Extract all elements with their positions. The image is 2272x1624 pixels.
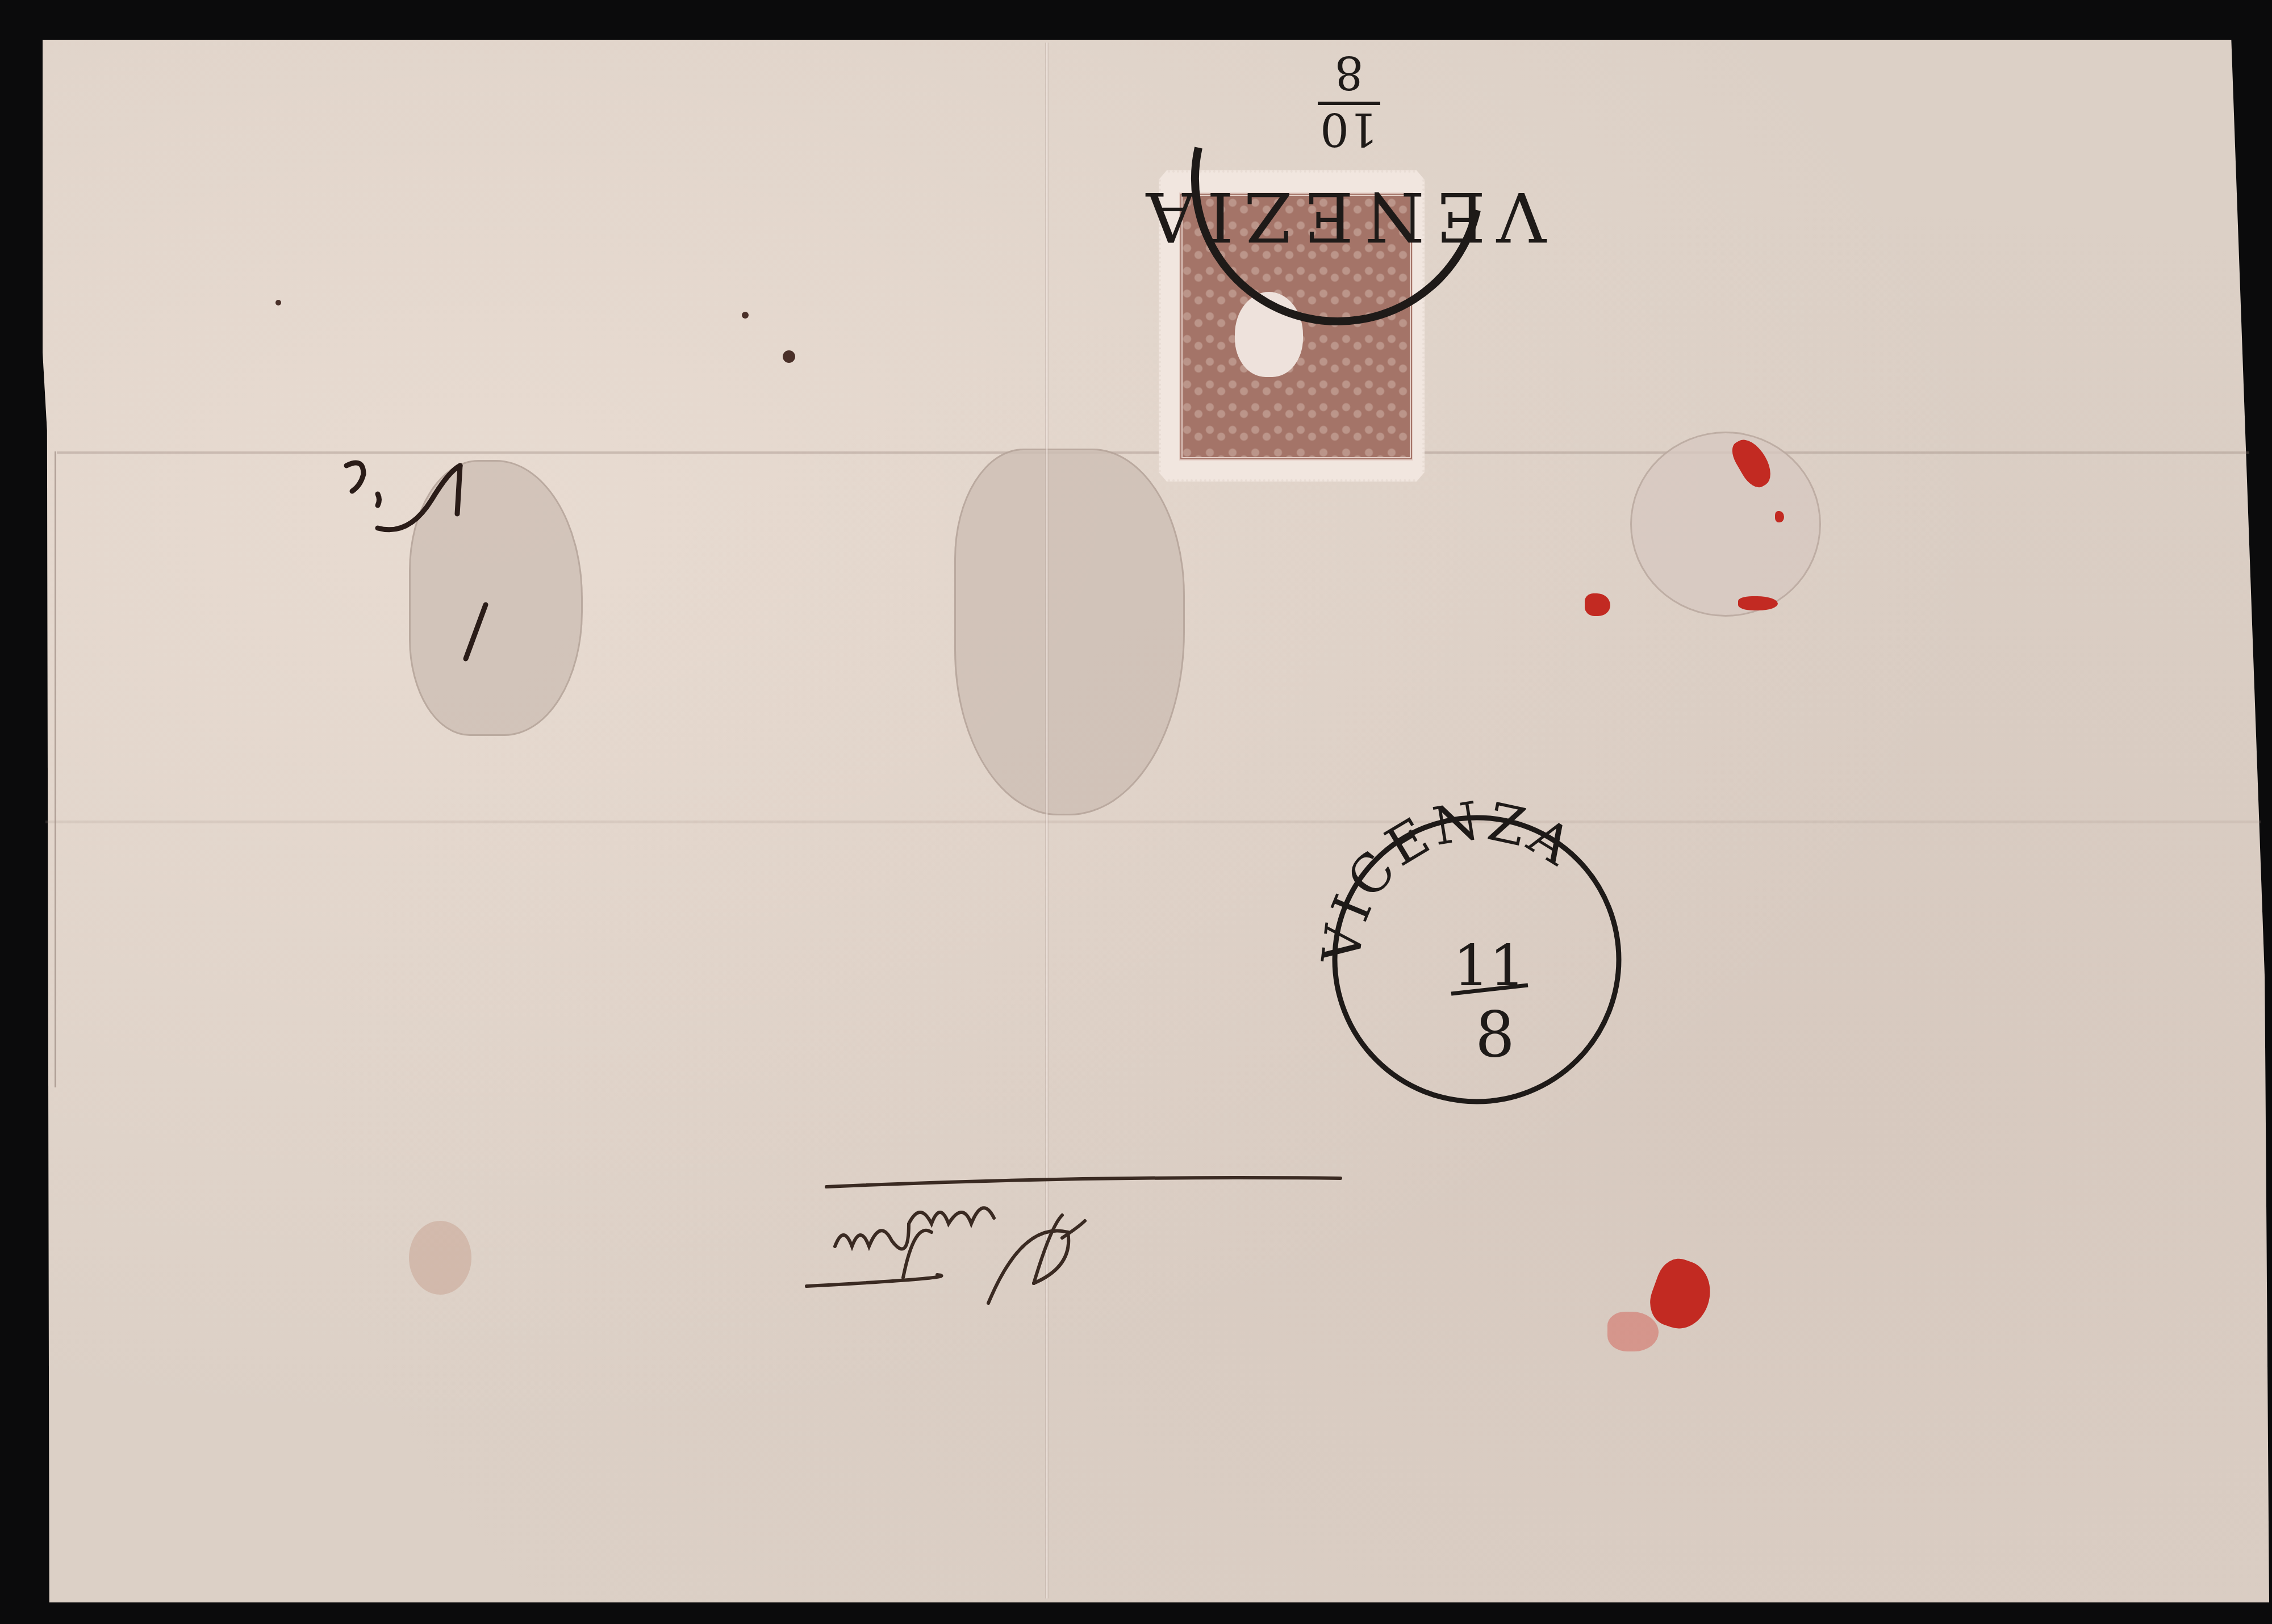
manuscript-rate-mark: [346, 463, 486, 659]
vicenza-postmark: VICENZA 11 8: [1310, 790, 1619, 1102]
venezia-date-top: 10: [1320, 103, 1378, 156]
vicenza-town: VICENZA: [1310, 790, 1585, 968]
vicenza-date-bottom: 8: [1475, 998, 1515, 1071]
cover-photo: VENEZIA 10 8 VICENZA 11 8: [0, 0, 2272, 1624]
venezia-postmark: VENEZIA 10 8: [1135, 46, 1547, 321]
svg-text:VICENZA: VICENZA: [1310, 790, 1585, 968]
manuscript-signature: [807, 1178, 1340, 1303]
venezia-date-bottom: 8: [1335, 46, 1364, 99]
markings-layer: VENEZIA 10 8 VICENZA 11 8: [0, 0, 2272, 1624]
venezia-town: VENEZIA: [1135, 177, 1547, 256]
